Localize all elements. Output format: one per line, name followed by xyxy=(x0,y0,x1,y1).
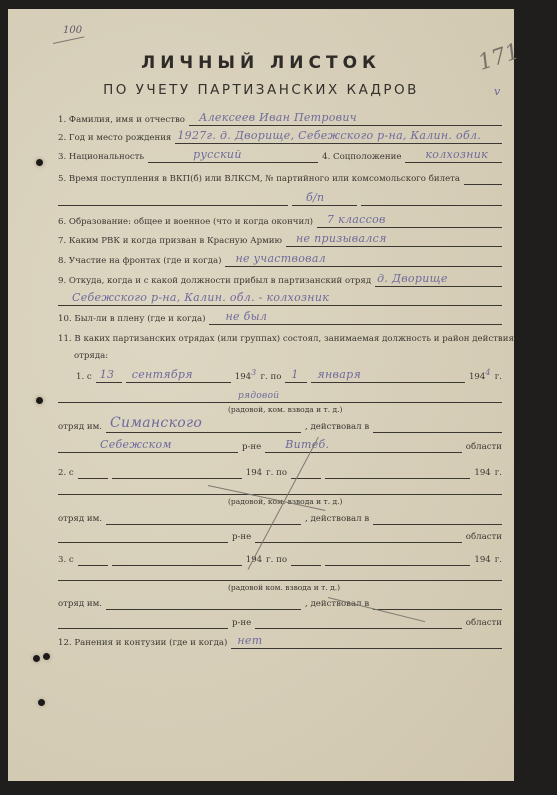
arrival-value-1: д. Дворище xyxy=(377,272,448,285)
field-education: 6. Образование: общее и военное (что и к… xyxy=(58,212,506,228)
nationality-value: русский xyxy=(193,148,242,161)
punch-hole xyxy=(36,159,43,166)
punch-hole xyxy=(38,699,45,706)
full-name-value: Алексеев Иван Петрович xyxy=(199,111,357,124)
field-nationality-social: 3. Национальность русский 4. Соцположени… xyxy=(58,147,506,163)
field-captivity: 10. Был-ли в плену (где и когда) не был xyxy=(58,309,506,325)
service-3-dates: 3. с 194 г. по 194 г. xyxy=(58,550,506,566)
service-1-dates: 1. с 13 сентября 194 3 г. по 1 января 19… xyxy=(76,367,506,383)
service-1-position: рядовой xyxy=(58,387,506,403)
document-title: ЛИЧНЫЙ ЛИСТОК xyxy=(8,53,514,73)
punch-hole xyxy=(43,653,50,660)
underline-stroke xyxy=(53,36,85,44)
service-2-unit: отряд им. , действовал в xyxy=(58,509,506,525)
field-conscription: 7. Каким РВК и когда призван в Красную А… xyxy=(58,231,506,247)
service-1-unit: отряд им. Симанского , действовал в xyxy=(58,417,506,433)
captivity-value: не был xyxy=(225,310,267,323)
education-value: 7 классов xyxy=(327,213,386,226)
fronts-value: не участвовал xyxy=(235,252,326,265)
document-subtitle: ПО УЧЕТУ ПАРТИЗАНСКИХ КАДРОВ xyxy=(8,82,514,98)
punch-hole xyxy=(36,397,43,404)
service-3-district: р-не области xyxy=(58,613,506,629)
field-full-name: 1. Фамилия, имя и отчество Алексеев Иван… xyxy=(58,110,506,126)
document-page: 100 171 v ЛИЧНЫЙ ЛИСТОК ПО УЧЕТУ ПАРТИЗА… xyxy=(8,9,514,781)
punch-hole xyxy=(33,655,40,662)
wounds-value: нет xyxy=(237,634,262,647)
conscription-value: не призывался xyxy=(296,232,387,245)
page-number-mark: 100 xyxy=(63,25,82,36)
birth-value: 1927г. д. Дворище, Себежского р-на, Кали… xyxy=(177,129,481,142)
party-value: б/п xyxy=(306,191,324,204)
field-party: 5. Время поступления в ВКП(б) или ВЛКСМ,… xyxy=(58,169,506,185)
service-2-district: р-не области xyxy=(58,527,506,543)
field-wounds: 12. Ранения и контузии (где и когда) нет xyxy=(58,633,506,649)
service-3-unit: отряд им. , действовал в xyxy=(58,594,506,610)
service-1-district: Себежском р-не Витеб. области xyxy=(58,437,506,453)
field-units: 11. В каких партизанских отрядах (или гр… xyxy=(58,329,506,345)
social-status-value: колхозник xyxy=(425,148,488,161)
field-arrival: 9. Откуда, когда и с какой должности при… xyxy=(58,271,506,287)
field-birth: 2. Год и место рождения 1927г. д. Дворищ… xyxy=(58,128,506,144)
service-2-dates: 2. с 194 г. по 194 г. xyxy=(58,463,506,479)
arrival-value-2: Себежского р-на, Калин. обл. - колхозник xyxy=(72,291,329,304)
field-fronts: 8. Участие на фронтах (где и когда) не у… xyxy=(58,251,506,267)
